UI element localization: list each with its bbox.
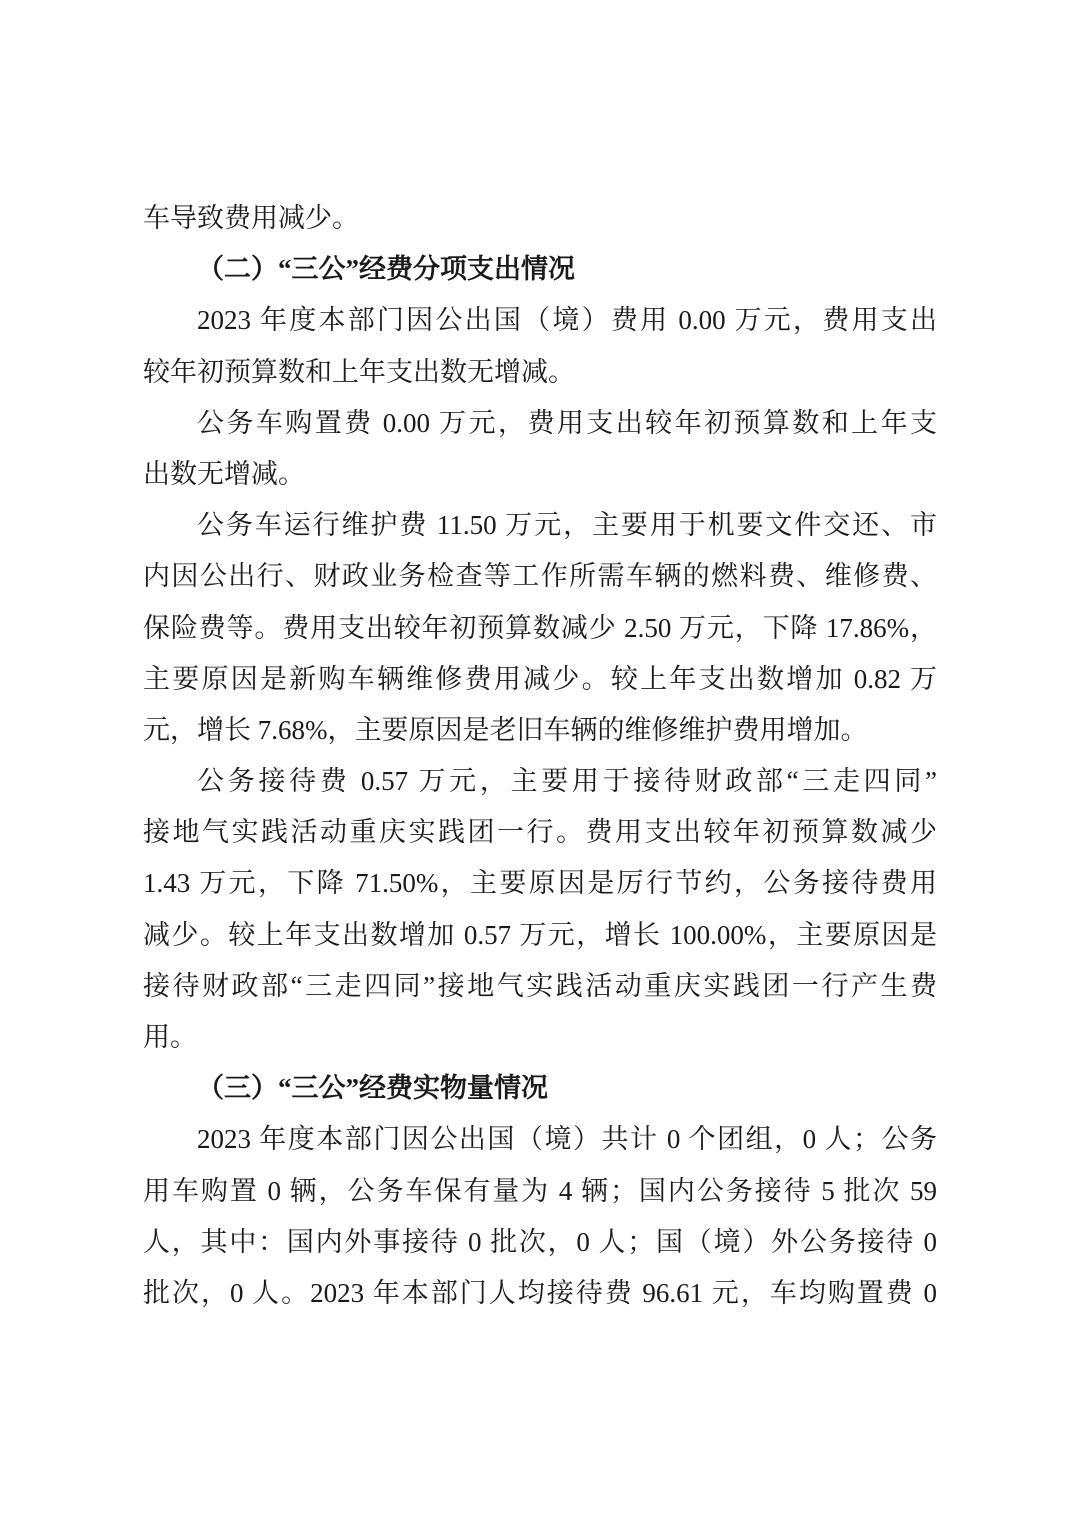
paragraph-line: 车导致费用减少。 xyxy=(143,193,937,244)
document-page: 车导致费用减少。 （二）“三公”经费分项支出情况 2023 年度本部门因公出国（… xyxy=(0,0,1074,1520)
paragraph-line: 2023 年度本部门因公出国（境）费用 0.00 万元，费用支出 xyxy=(143,295,937,346)
section-heading-3: （三）“三公”经费实物量情况 xyxy=(143,1063,937,1114)
paragraph-line: 元，增长 7.68%，主要原因是老旧车辆的维修维护费用增加。 xyxy=(143,705,937,756)
paragraph-line: 用。 xyxy=(143,1012,937,1063)
paragraph-line: 1.43 万元，下降 71.50%，主要原因是厉行节约，公务接待费用 xyxy=(143,858,937,909)
paragraph-line: 出数无增减。 xyxy=(143,449,937,500)
paragraph-line: 较年初预算数和上年支出数无增减。 xyxy=(143,347,937,398)
paragraph-line: 用车购置 0 辆，公务车保有量为 4 辆；国内公务接待 5 批次 59 xyxy=(143,1166,937,1217)
document-text-block: 车导致费用减少。 （二）“三公”经费分项支出情况 2023 年度本部门因公出国（… xyxy=(143,193,937,1319)
paragraph-line: 接待财政部“三走四同”接地气实践活动重庆实践团一行产生费 xyxy=(143,961,937,1012)
paragraph-line: 批次，0 人。2023 年本部门人均接待费 96.61 元，车均购置费 0 xyxy=(143,1268,937,1319)
paragraph-line: 公务车运行维护费 11.50 万元，主要用于机要文件交还、市 xyxy=(143,500,937,551)
paragraph-line: 内因公出行、财政业务检查等工作所需车辆的燃料费、维修费、 xyxy=(143,551,937,602)
paragraph-line: 人，其中：国内外事接待 0 批次，0 人；国（境）外公务接待 0 xyxy=(143,1217,937,1268)
paragraph-line: 主要原因是新购车辆维修费用减少。较上年支出数增加 0.82 万 xyxy=(143,654,937,705)
section-heading-2: （二）“三公”经费分项支出情况 xyxy=(143,244,937,295)
paragraph-line: 2023 年度本部门因公出国（境）共计 0 个团组，0 人；公务 xyxy=(143,1114,937,1165)
paragraph-line: 公务车购置费 0.00 万元，费用支出较年初预算数和上年支 xyxy=(143,398,937,449)
paragraph-line: 保险费等。费用支出较年初预算数减少 2.50 万元，下降 17.86%， xyxy=(143,603,937,654)
paragraph-line: 公务接待费 0.57 万元，主要用于接待财政部“三走四同” xyxy=(143,756,937,807)
paragraph-line: 减少。较上年支出数增加 0.57 万元，增长 100.00%，主要原因是 xyxy=(143,910,937,961)
paragraph-line: 接地气实践活动重庆实践团一行。费用支出较年初预算数减少 xyxy=(143,807,937,858)
